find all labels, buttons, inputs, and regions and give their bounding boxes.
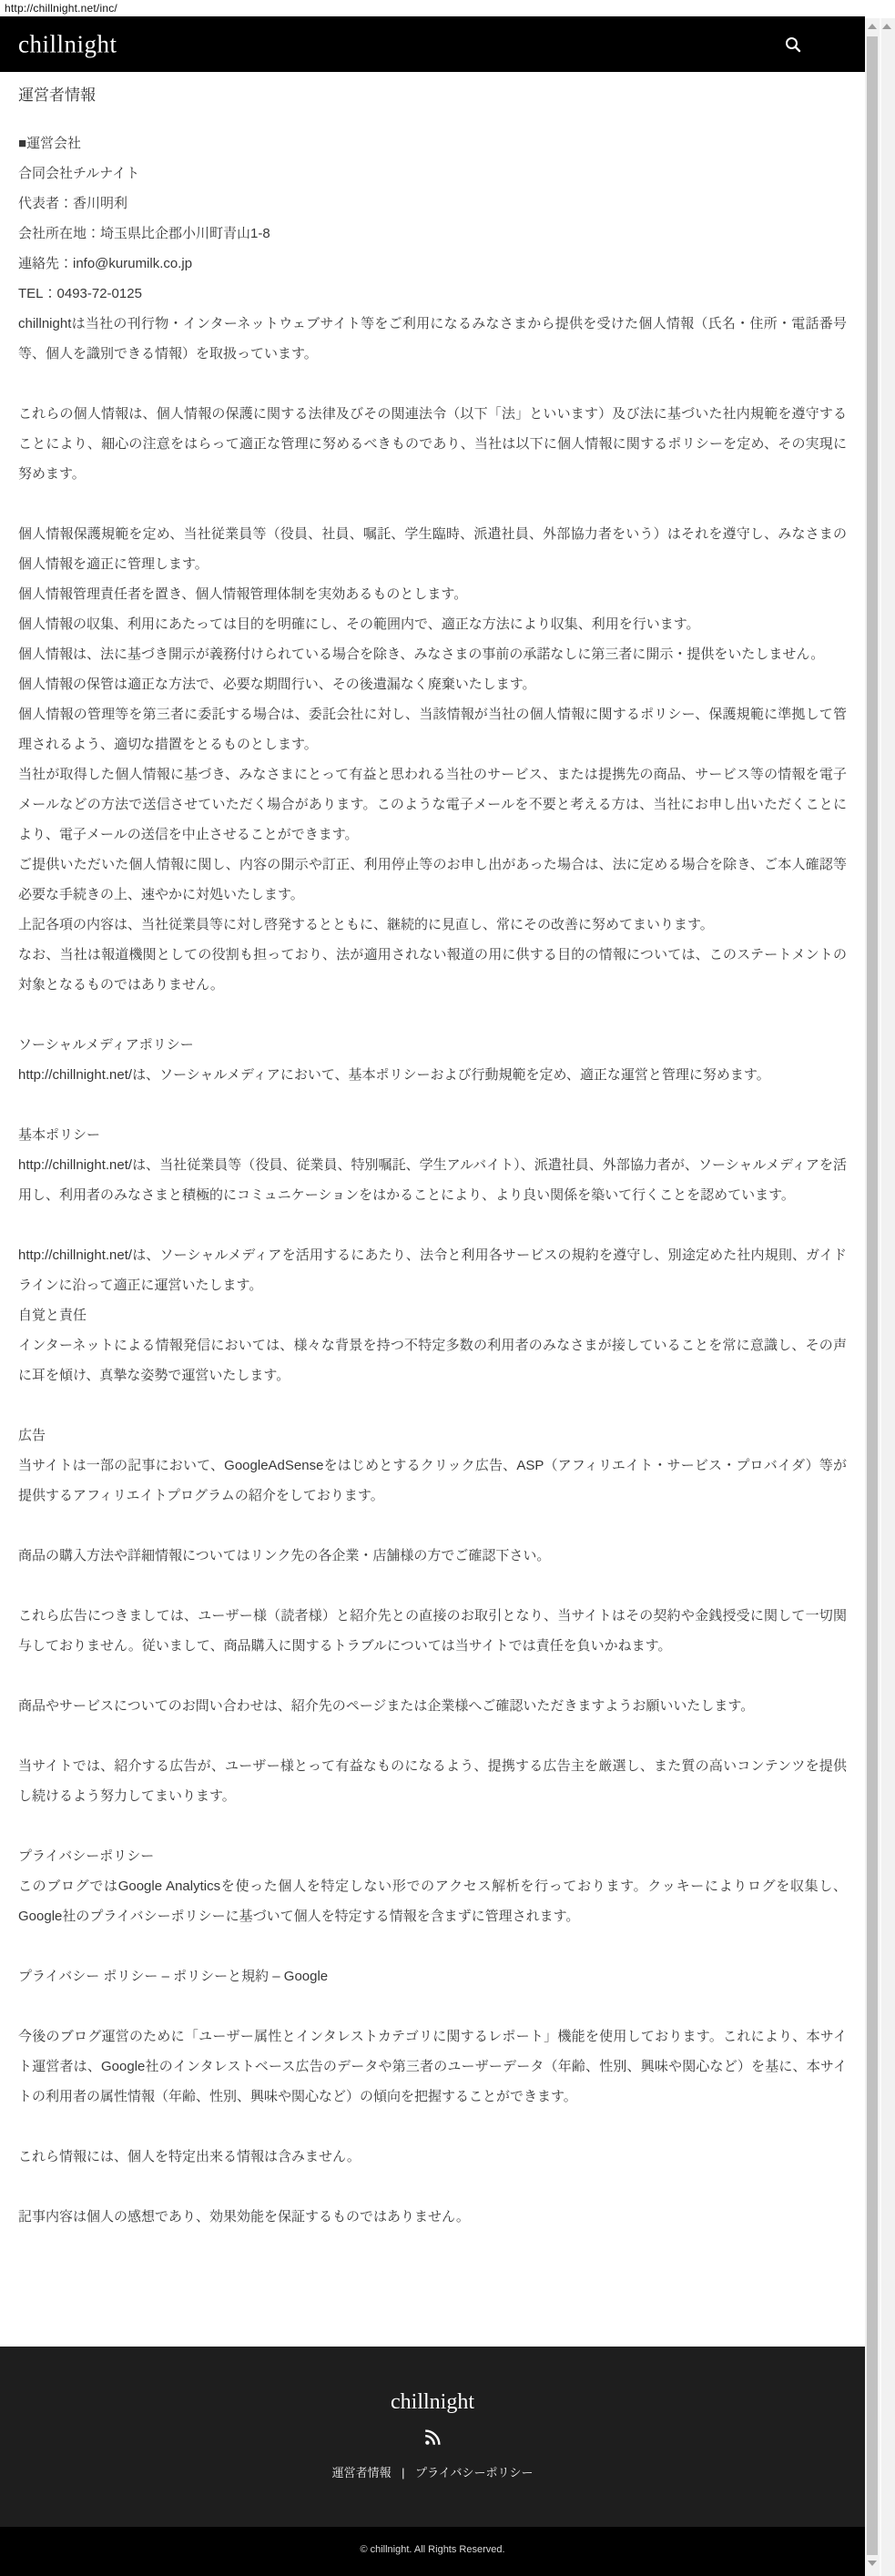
content-blocks: ■運営会社 合同会社チルナイト 代表者：香川明利 会社所在地：埼玉県比企郡小川町… [18,128,847,2232]
scrollbar-divider [880,18,881,2576]
content-paragraph: これらの個人情報は、個人情報の保護に関する法律及びその関連法令（以下「法」といい… [18,399,847,489]
content-paragraph: 商品やサービスについてのお問い合わせは、紹介先のページまたは企業様へご確認いただ… [18,1691,847,1721]
footer-link-privacy-policy[interactable]: プライバシーポリシー [415,2466,533,2479]
section-heading: ソーシャルメディアポリシー [18,1030,847,1060]
scroll-down-arrow-icon[interactable] [868,2561,877,2566]
content-paragraph: 個人情報の収集、利用にあたっては目的を明確にし、その範囲内で、適正な方法により収… [18,609,847,639]
policy-link[interactable]: プライバシー ポリシー – ポリシーと規約 – Google [18,1961,847,1991]
content-paragraph: インターネットによる情報発信においては、様々な背景を持つ不特定多数の利用者のみな… [18,1330,847,1390]
content-paragraph: 今後のブログ運営のために「ユーザー属性とインタレストカテゴリに関するレポート」機… [18,2021,847,2112]
content-paragraph: なお、当社は報道機関としての役割も担っており、法が適用されない報道の用に供する目… [18,940,847,1000]
content-paragraph: これら広告につきましては、ユーザー様（読者様）と紹介先との直接のお取引となり、当… [18,1601,847,1661]
content-paragraph: 上記各項の内容は、当社従業員等に対し啓発するとともに、継続的に見直し、常にその改… [18,910,847,940]
rss-icon[interactable] [424,2429,441,2446]
copyright-bar: © chillnight. All Rights Reserved. [0,2527,865,2576]
footer-logo[interactable]: chillnight [0,2390,865,2415]
footer-links: 運営者情報 | プライバシーポリシー [0,2463,865,2480]
content-paragraph: http://chillnight.net/は、ソーシャルメディアにおいて、基本… [18,1060,847,1090]
content-paragraph: 当社が取得した個人情報に基づき、みなさまにとって有益と思われる当社のサービス、ま… [18,759,847,850]
content-paragraph: 個人情報は、法に基づき開示が義務付けられている場合を除き、みなさまの事前の承諾な… [18,639,847,669]
section-heading: 自覚と責任 [18,1300,847,1330]
content-paragraph: 記事内容は個人の感想であり、効果効能を保証するものではありません。 [18,2202,847,2232]
content-paragraph: 当サイトでは、紹介する広告が、ユーザー様とって有益なものになるよう、提携する広告… [18,1751,847,1811]
content-paragraph: 個人情報管理責任者を置き、個人情報管理体制を実効あるものとします。 [18,579,847,609]
content-paragraph: 当サイトは一部の記事において、GoogleAdSenseをはじめとするクリック広… [18,1451,847,1511]
site-logo[interactable]: chillnight [18,30,117,58]
section-heading: 広告 [18,1420,847,1451]
site-footer: chillnight 運営者情報 | プライバシーポリシー [0,2347,865,2527]
scroll-up-arrow-icon[interactable] [868,24,877,29]
content-paragraph: ご提供いただいた個人情報に関し、内容の開示や訂正、利用停止等のお申し出があった場… [18,850,847,910]
content-paragraph: 商品の購入方法や詳細情報についてはリンク先の各企業・店舗様の方でご確認下さい。 [18,1541,847,1571]
content-paragraph: 個人情報の保管は適正な方法で、必要な期間行い、その後遺漏なく廃棄いたします。 [18,669,847,699]
url-strip: http://chillnight.net/inc/ [0,0,895,16]
page-url: http://chillnight.net/inc/ [5,2,117,15]
scrollbar[interactable] [865,18,895,2576]
content-paragraph: ■運営会社 合同会社チルナイト 代表者：香川明利 会社所在地：埼玉県比企郡小川町… [18,128,847,369]
content-paragraph: このブログではGoogle Analyticsを使った個人を特定しない形でのアク… [18,1871,847,1931]
page-title: 運営者情報 [18,85,847,107]
content-paragraph: 個人情報の管理等を第三者に委託する場合は、委託会社に対し、当該情報が当社の個人情… [18,699,847,759]
content-paragraph: 個人情報保護規範を定め、当社従業員等（役員、社員、嘱託、学生臨時、派遣社員、外部… [18,519,847,579]
page: { "browser": { "url_text": "http://chill… [0,0,895,2576]
section-heading: プライバシーポリシー [18,1841,847,1871]
site-header: chillnight [0,16,865,72]
content-paragraph: http://chillnight.net/は、ソーシャルメディアを活用するにあ… [18,1240,847,1300]
copyright-text: © chillnight. All Rights Reserved. [0,2527,865,2555]
content-paragraph: http://chillnight.net/は、当社従業員等（役員、従業員、特別… [18,1150,847,1210]
search-icon[interactable] [783,35,803,55]
section-heading: 基本ポリシー [18,1120,847,1150]
footer-link-operator-info[interactable]: 運営者情報 [331,2466,391,2479]
footer-link-separator: | [402,2466,404,2479]
outer-scroll-up-arrow-icon[interactable] [882,24,891,29]
scrollbar-thumb[interactable] [867,36,878,2555]
main-content: 運営者情報 ■運営会社 合同会社チルナイト 代表者：香川明利 会社所在地：埼玉県… [0,72,865,2232]
content-paragraph: これら情報には、個人を特定出来る情報は含みません。 [18,2142,847,2172]
